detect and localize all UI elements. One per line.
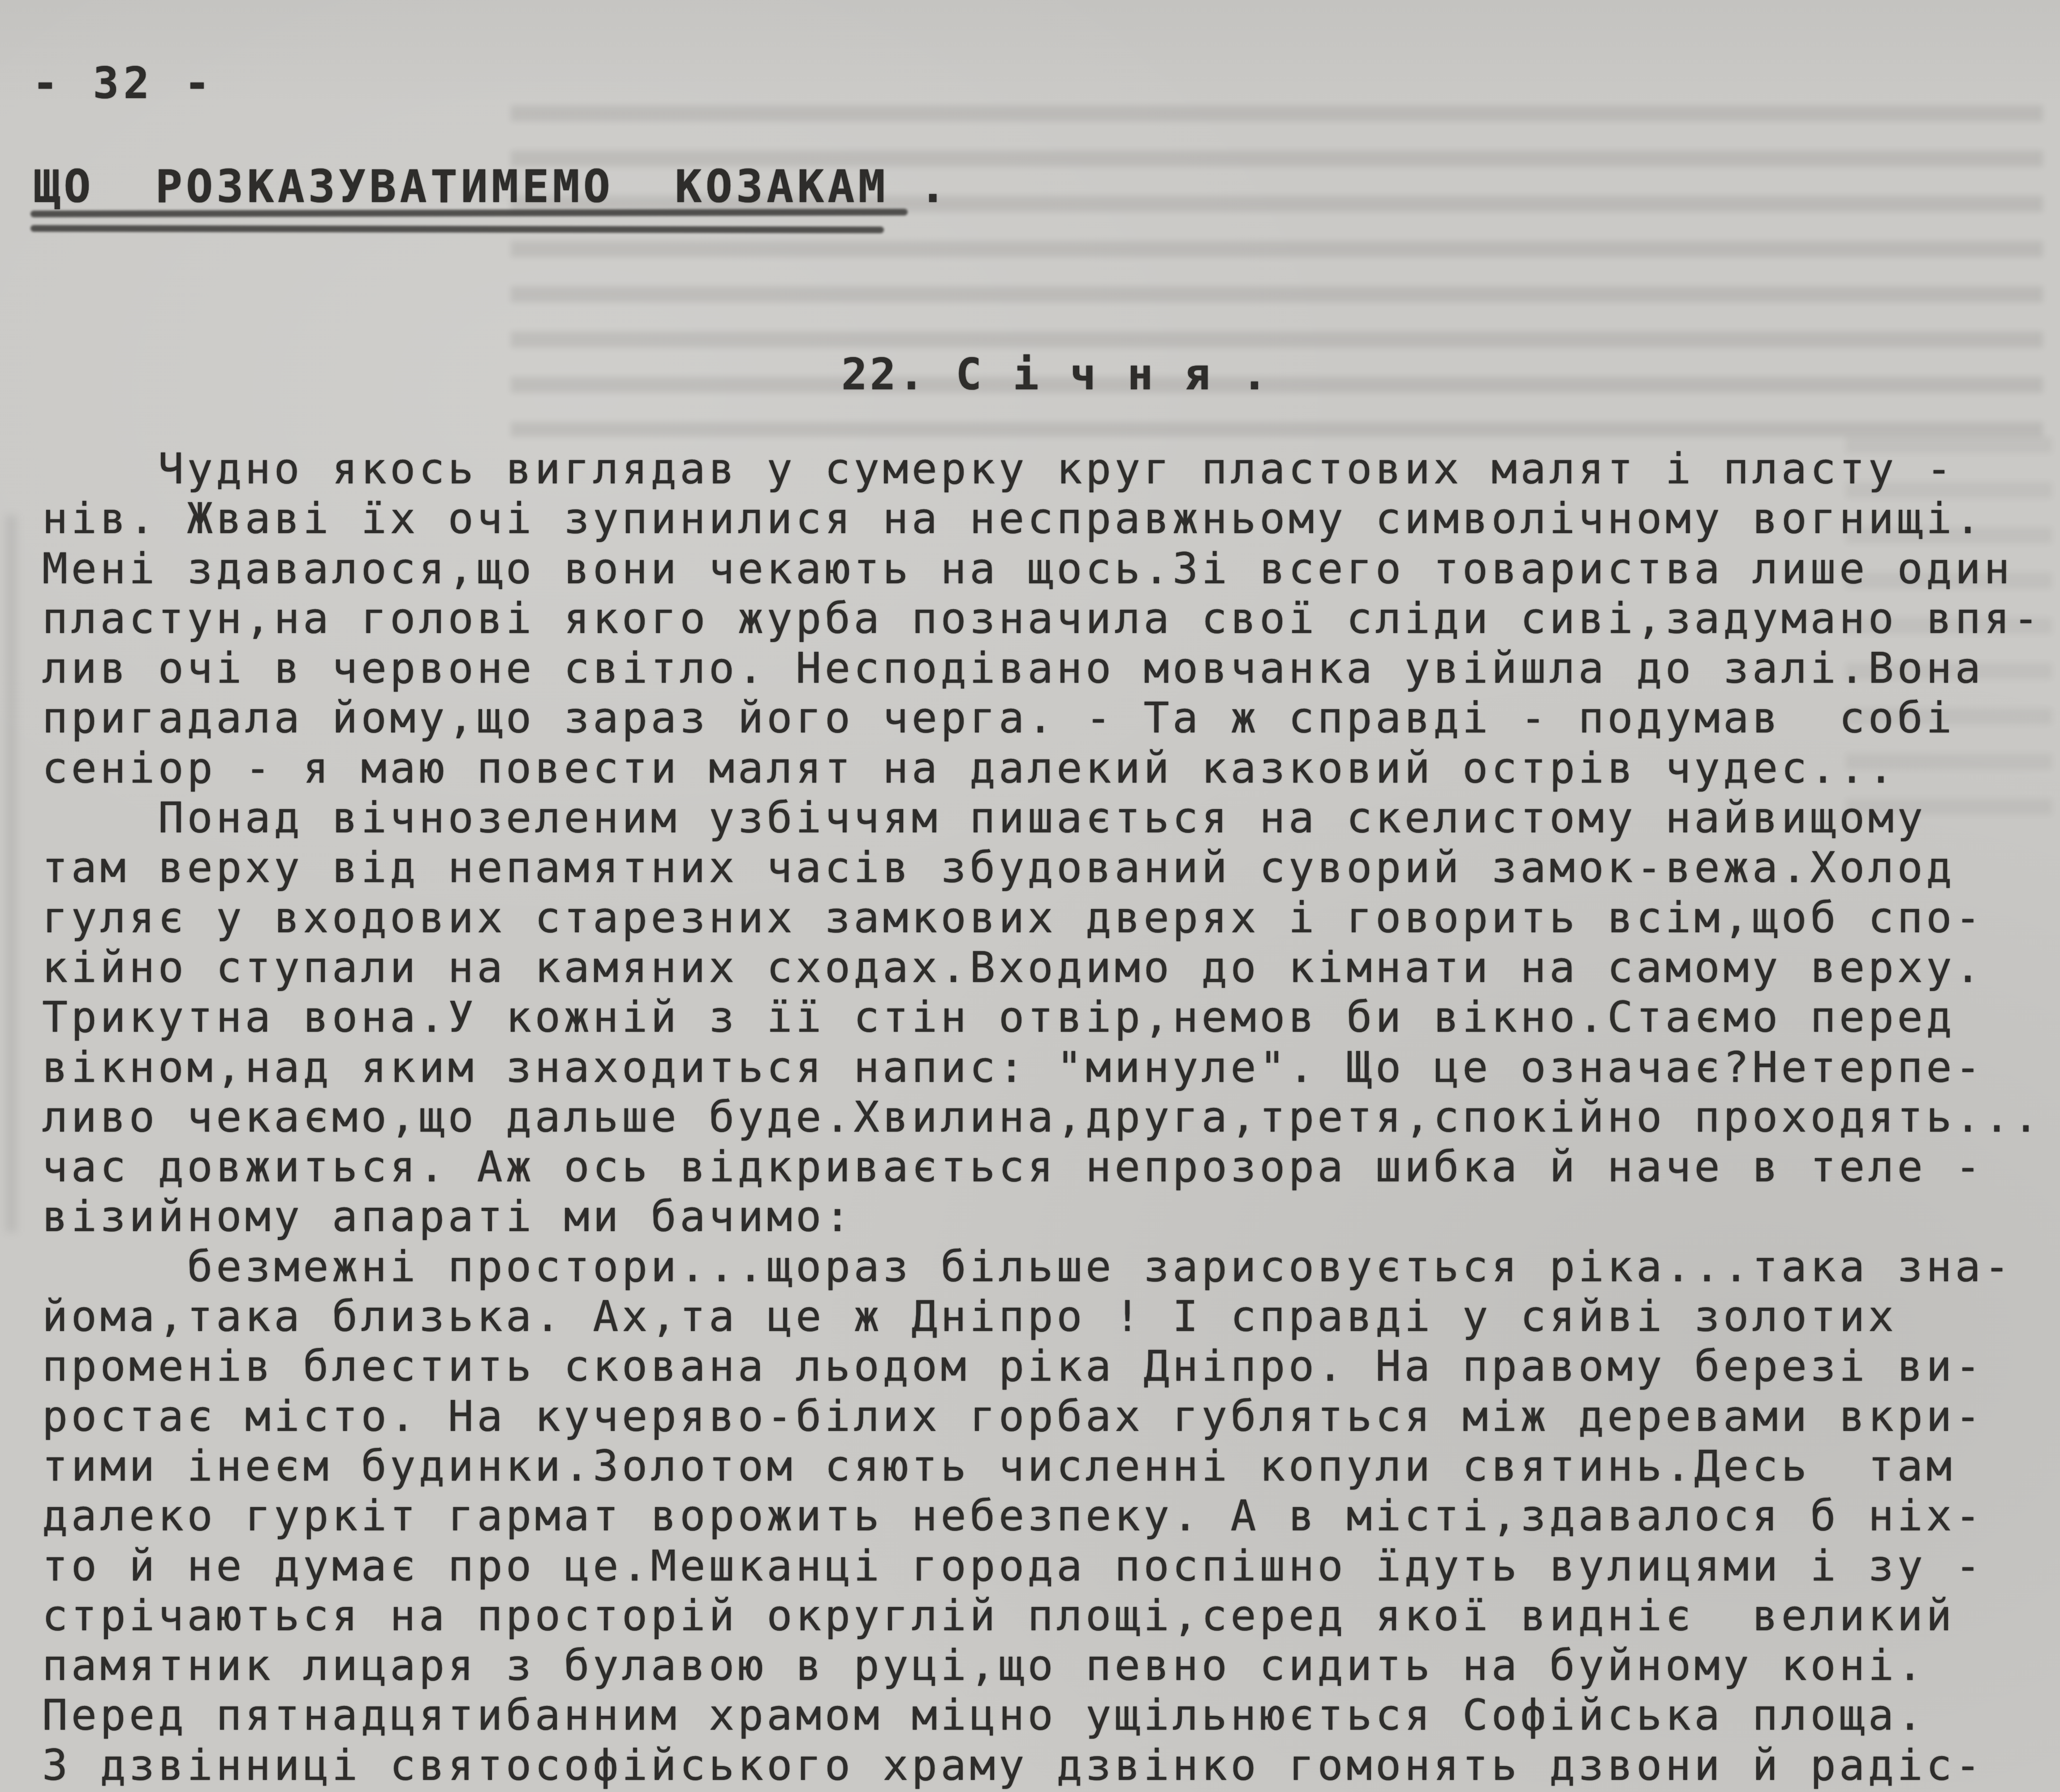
text-line: то й не думає про це.Мешканці города пос…: [42, 1542, 2045, 1591]
text-line: лив очі в червоне світло. Несподівано мо…: [42, 644, 2045, 694]
heading-underline-top: [30, 209, 908, 217]
bleedthrough-ghost-text: [511, 105, 2043, 437]
text-line: Понад вічнозеленим узбіччям пишається на…: [42, 793, 2045, 843]
text-line: там верху від непамятних часів збудовани…: [42, 843, 2045, 893]
date-heading: 22. С і ч н я .: [841, 349, 1270, 400]
text-line: Перед пятнадцятибанним храмом міцно ущіл…: [42, 1691, 2045, 1740]
text-line: Мені здавалося,що вони чекають на щось.З…: [42, 544, 2045, 594]
text-line: Трикутна вона.У кожній з її стін отвір,н…: [42, 993, 2045, 1042]
text-line: пригадала йому,що зараз його черга. - Та…: [42, 694, 2045, 743]
text-line: стрічаються на просторій округлій площі,…: [42, 1591, 2045, 1641]
text-line: тими інеєм будинки.Золотом сяють численн…: [42, 1442, 2045, 1491]
text-line: час довжиться. Аж ось відкривається непр…: [42, 1142, 2045, 1192]
text-line: пластун,на голові якого журба позначила …: [42, 594, 2045, 644]
text-line: безмежні простори...щораз більше зарисов…: [42, 1242, 2045, 1292]
text-line: вікном,над яким знаходиться напис: "мину…: [42, 1043, 2045, 1093]
text-line: кійно ступали на камяних сходах.Входимо …: [42, 943, 2045, 993]
text-line: сеніор - я маю повести малят на далекий …: [42, 744, 2045, 793]
text-line: ливо чекаємо,що дальше буде.Хвилина,друг…: [42, 1093, 2045, 1142]
text-line: нів. Жваві їх очі зупинилися на несправж…: [42, 494, 2045, 544]
text-line: Чудно якось виглядав у сумерку круг плас…: [42, 444, 2045, 494]
text-line: йома,така близька. Ах,та це ж Дніпро ! І…: [42, 1292, 2045, 1342]
text-line: ростає місто. На кучеряво-білих горбах г…: [42, 1392, 2045, 1442]
text-line: далеко гуркіт гармат ворожить небезпеку.…: [42, 1491, 2045, 1541]
text-line: променів блестить скована льодом ріка Дн…: [42, 1342, 2045, 1391]
scan-edge-streak: [5, 515, 17, 1232]
text-line: памятник лицаря з булавою в руці,що певн…: [42, 1641, 2045, 1691]
page-number: - 32 -: [32, 58, 215, 108]
text-line: гуляє у входових старезних замкових двер…: [42, 893, 2045, 943]
section-heading: ЩО РОЗКАЗУВАТИМЕМО КОЗАКАМ .: [33, 160, 950, 213]
heading-underline-bottom: [30, 225, 884, 233]
text-line: візийному апараті ми бачимо:: [42, 1192, 2045, 1242]
text-line: З дзвінниці святософійського храму дзвін…: [42, 1741, 2045, 1791]
body-text: Чудно якось виглядав у сумерку круг плас…: [42, 444, 2045, 1791]
document-page: - 32 - ЩО РОЗКАЗУВАТИМЕМО КОЗАКАМ . 22. …: [0, 0, 2060, 1792]
